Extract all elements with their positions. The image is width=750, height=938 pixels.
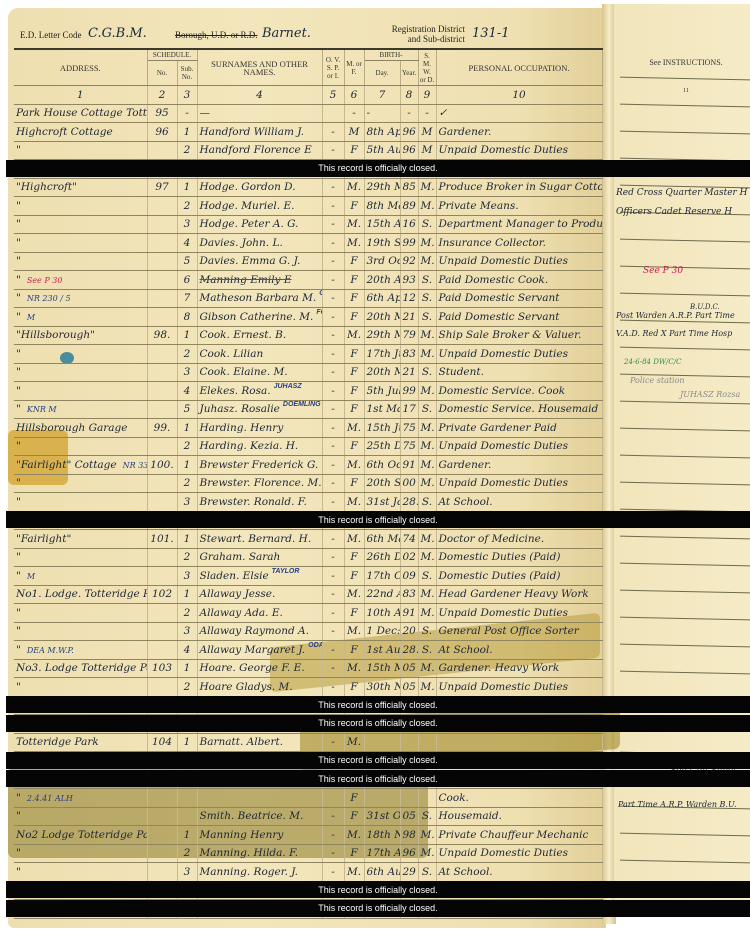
cell-name: Cook. Ernest. B. — [197, 326, 322, 345]
table-row: "2Cook. Lilian-F17th June83M.Unpaid Dome… — [14, 345, 602, 364]
cell-address: " — [14, 622, 147, 641]
cell-o: - — [322, 548, 344, 567]
cell-sex: M. — [344, 493, 364, 512]
closed-record-banner: This record is officially closed. — [6, 900, 750, 917]
cell-address: " — [14, 863, 147, 882]
margin-annotation: NR 230 / 5 — [27, 294, 71, 303]
cell-no: 104 — [147, 733, 177, 752]
cell-address: "NR 230 / 5 — [14, 289, 147, 308]
cell-no — [147, 493, 177, 512]
table-row: "2Hoare Gladys. M.-F30th Nov05M.Unpaid D… — [14, 678, 602, 697]
name-correction: TAYLOR — [272, 568, 300, 575]
cell-day: 22nd Aug — [364, 585, 400, 604]
cell-occupation: At School. — [436, 493, 602, 512]
cell-address: Highcroft Cottage — [14, 123, 147, 142]
cell-name: Gibson Catherine. M.FORD — [197, 308, 322, 327]
cell-year: 75 — [400, 419, 418, 438]
cell-sex: F — [344, 289, 364, 308]
cell-name: Hoare. George F. E. — [197, 659, 322, 678]
column-number: 3 — [177, 86, 197, 105]
cell-o: - — [322, 807, 344, 826]
cell-sex: M. — [344, 622, 364, 641]
cell-day: 1st Aug. — [364, 641, 400, 660]
cell-sub: 5 — [177, 252, 197, 271]
cell-sex: F — [344, 345, 364, 364]
cell-sub: 1 — [177, 123, 197, 142]
cell-sub: 4 — [177, 382, 197, 401]
col-birth-year: Year. — [400, 61, 418, 86]
right-note: V.A.D. Red X Part Time Hosp — [616, 329, 732, 338]
right-note: 24-6-84 DW/C/C — [624, 358, 681, 366]
cell-sub: 2 — [177, 474, 197, 493]
name-correction: DOEMLING — [283, 401, 321, 408]
cell-ms: M. — [418, 585, 436, 604]
cell-address: " — [14, 382, 147, 401]
col-schedule: SCHEDULE. — [147, 49, 197, 61]
cell-day: 30th Nov — [364, 678, 400, 697]
closed-record-banner: This record is officially closed. — [6, 752, 750, 769]
cell-day: 8th May — [364, 197, 400, 216]
cell-year: 91 — [400, 604, 418, 623]
cell-occupation: Head Gardener Heavy Work — [436, 585, 602, 604]
cell-o: - — [322, 733, 344, 752]
cell-year: 09 — [400, 567, 418, 586]
cell-year: 92 — [400, 252, 418, 271]
cell-name: Harding. Kezia. H. — [197, 437, 322, 456]
cell-occupation: Student. — [436, 363, 602, 382]
cell-sex: F — [344, 437, 364, 456]
cell-name — [197, 789, 322, 808]
cell-occupation: Unpaid Domestic Duties — [436, 141, 602, 160]
cell-year — [400, 733, 418, 752]
cell-address: " — [14, 252, 147, 271]
cell-address: No2 Lodge Totteridge Park — [14, 826, 147, 845]
cell-no — [147, 678, 177, 697]
cell-name: Davies. Emma G. J. — [197, 252, 322, 271]
cell-sex: F — [344, 197, 364, 216]
cell-no — [147, 289, 177, 308]
cell-sex: M. — [344, 863, 364, 882]
cell-name: Brewster. Ronald. F. — [197, 493, 322, 512]
cell-ms: S. — [418, 271, 436, 290]
cell-sub: 2 — [177, 345, 197, 364]
cell-ms: M. — [418, 548, 436, 567]
cell-no — [147, 234, 177, 253]
cell-sex: F — [344, 789, 364, 808]
cell-occupation: Unpaid Domestic Duties — [436, 474, 602, 493]
cell-address: " — [14, 678, 147, 697]
cell-o: - — [322, 844, 344, 863]
table-row: "3Manning. Roger. J.-M.6th Aug29S.At Sch… — [14, 863, 602, 882]
cell-sex: M. — [344, 178, 364, 197]
cell-address: " — [14, 234, 147, 253]
cell-year: 98 — [400, 826, 418, 845]
cell-sub: 2 — [177, 604, 197, 623]
cell-sub: 3 — [177, 567, 197, 586]
cell-ms: M. — [418, 345, 436, 364]
cell-day: 6th May — [364, 530, 400, 549]
cell-ms: M. — [418, 474, 436, 493]
cell-no — [147, 807, 177, 826]
cell-sex: F — [344, 807, 364, 826]
cell-address: Totteridge Park — [14, 733, 147, 752]
cell-sub: 4 — [177, 234, 197, 253]
cell-sub — [177, 807, 197, 826]
table-row: "2Hodge. Muriel. E.-F8th May89M.Private … — [14, 197, 602, 216]
cell-year: 20 — [400, 622, 418, 641]
cell-address: " — [14, 807, 147, 826]
col-surnames: SURNAMES AND OTHER NAMES. — [197, 49, 322, 86]
right-note: B.U.D.C. — [690, 303, 720, 311]
col-marital: S. M. W. or D. — [418, 49, 436, 86]
cell-o: - — [322, 178, 344, 197]
margin-annotation: NR 330 ALH 1.4.47 — [123, 461, 147, 470]
name-correction: FORD — [316, 309, 322, 316]
cell-day: 29th Mar — [364, 178, 400, 197]
cell-sub: 3 — [177, 493, 197, 512]
cell-occupation: Unpaid Domestic Duties — [436, 844, 602, 863]
margin-annotation: See P 30 — [27, 276, 63, 285]
cell-o: - — [322, 215, 344, 234]
cell-ms: - — [418, 104, 436, 123]
cell-day: 1 Dec: — [364, 622, 400, 641]
cell-address: " — [14, 548, 147, 567]
column-number: 5 — [322, 86, 344, 105]
cell-address: " — [14, 604, 147, 623]
registration-label-1: Registration District — [385, 24, 465, 34]
cell-no — [147, 345, 177, 364]
cell-o: - — [322, 289, 344, 308]
cell-name: Stewart. Bernard. H. — [197, 530, 322, 549]
cell-occupation: Private Gardener Paid — [436, 419, 602, 438]
cell-sub: 2 — [177, 844, 197, 863]
cell-year: 83 — [400, 345, 418, 364]
cell-day — [364, 733, 400, 752]
cell-address: "KNR M — [14, 400, 147, 419]
table-row: "NR 230 / 57Matheson Barbara M.CLARK McC… — [14, 289, 602, 308]
cell-no: 97 — [147, 178, 177, 197]
column-number: 7 — [364, 86, 400, 105]
right-note: See P 30 — [643, 266, 683, 276]
cell-occupation: Paid Domestic Cook. — [436, 271, 602, 290]
cell-no — [147, 141, 177, 160]
cell-occupation: Paid Domestic Servant — [436, 289, 602, 308]
cell-sub: 4 — [177, 641, 197, 660]
cell-day: 1st May. — [364, 400, 400, 419]
cell-name: Sladen. ElsieTAYLOR — [197, 567, 322, 586]
cell-name: Manning Emily E — [197, 271, 322, 290]
closed-record-banner: This record is officially closed. — [6, 160, 750, 177]
cell-no — [147, 363, 177, 382]
cell-ms: M. — [418, 382, 436, 401]
cell-day: 17th Oct — [364, 567, 400, 586]
cell-occupation: Ship Sale Broker & Valuer. — [436, 326, 602, 345]
cell-occupation: Domestic Service. Cook — [436, 382, 602, 401]
cell-ms: M. — [418, 678, 436, 697]
cell-no: 101. — [147, 530, 177, 549]
cell-sex: F — [344, 604, 364, 623]
cell-day: 8th April — [364, 123, 400, 142]
margin-annotation: M — [27, 313, 35, 322]
cell-no — [147, 437, 177, 456]
cell-sex: M. — [344, 326, 364, 345]
cell-no — [147, 271, 177, 290]
cell-year: 79 — [400, 326, 418, 345]
cell-name: Cook. Elaine. M. — [197, 363, 322, 382]
cell-no — [147, 844, 177, 863]
cell-year: - — [400, 104, 418, 123]
cell-no: 100. — [147, 456, 177, 475]
cell-ms: S. — [418, 641, 436, 660]
cell-o: - — [322, 141, 344, 160]
column-number: 9 — [418, 86, 436, 105]
column-number: 2 — [147, 86, 177, 105]
cell-day: 26th Dec — [364, 548, 400, 567]
cell-no: 103 — [147, 659, 177, 678]
cell-sex: M. — [344, 733, 364, 752]
cell-sex: F — [344, 252, 364, 271]
col-address: ADDRESS. — [14, 49, 147, 86]
cell-address: "M — [14, 567, 147, 586]
table-row: Totteridge Park1041Barnatt. Albert.-M. — [14, 733, 602, 752]
cell-occupation: Private Means. — [436, 197, 602, 216]
cell-sub: 2 — [177, 548, 197, 567]
cell-day — [364, 789, 400, 808]
cell-sex: F — [344, 363, 364, 382]
cell-no — [147, 826, 177, 845]
cell-occupation: Housemaid. — [436, 807, 602, 826]
cell-ms: M — [418, 141, 436, 160]
cell-year: 96 — [400, 123, 418, 142]
cell-name: Allaway Raymond A. — [197, 622, 322, 641]
cell-name: Barnatt. Albert. — [197, 733, 322, 752]
table-row: "2Handford Florence E-F5th Aug96MUnpaid … — [14, 141, 602, 160]
col-sex: M. or F. — [344, 49, 364, 86]
column-number: 1 — [14, 86, 147, 105]
cell-ms: S. — [418, 363, 436, 382]
cell-address: "See P 30 — [14, 271, 147, 290]
cell-sub: - — [177, 104, 197, 123]
closed-record-banner: This record is officially closed. — [6, 511, 750, 528]
cell-occupation: Gardener. — [436, 123, 602, 142]
table-row: "2Allaway Ada. E.-F10th April91M.Unpaid … — [14, 604, 602, 623]
cell-year: 05 — [400, 807, 418, 826]
cell-day: 15th Mar — [364, 659, 400, 678]
cell-ms: S. — [418, 400, 436, 419]
cell-o: - — [322, 641, 344, 660]
cell-year: 28. — [400, 493, 418, 512]
cell-sub: 3 — [177, 215, 197, 234]
margin-annotation: 2.4.41 ALH — [27, 794, 73, 803]
cell-occupation: Unpaid Domestic Duties — [436, 678, 602, 697]
cell-ms: M. — [418, 419, 436, 438]
cell-year: 93 — [400, 271, 418, 290]
cell-occupation: Department Manager to Producer — [436, 215, 602, 234]
cell-name: Hodge. Peter A. G. — [197, 215, 322, 234]
cell-ms: S. — [418, 863, 436, 882]
cell-name: Davies. John. L. — [197, 234, 322, 253]
registration-value: 131-1 — [472, 26, 509, 41]
right-note: Police station — [630, 376, 685, 385]
cell-occupation: Cook. — [436, 789, 602, 808]
cell-address: No3. Lodge Totteridge Park — [14, 659, 147, 678]
table-row: "4Elekes. Rosa.JUHASZ-F5th July99M.Domes… — [14, 382, 602, 401]
table-row: "See P 306Manning Emily E-F20th April93S… — [14, 271, 602, 290]
cell-name: Graham. Sarah — [197, 548, 322, 567]
ed-letter-code-label: E.D. Letter Code — [20, 30, 81, 40]
closed-record-banner: This record is officially closed. — [6, 696, 750, 713]
cell-name: Elekes. Rosa.JUHASZ — [197, 382, 322, 401]
cell-day: 5th Aug — [364, 141, 400, 160]
cell-sex: F — [344, 308, 364, 327]
margin-annotation: M — [27, 572, 35, 581]
cell-o: - — [322, 604, 344, 623]
col-birth-day: Day. — [364, 61, 400, 86]
cell-name: Brewster. Florence. M.CLARKE — [197, 474, 322, 493]
cell-day: 31st Jan. — [364, 493, 400, 512]
cell-no — [147, 548, 177, 567]
cell-occupation: Gardener. Heavy Work — [436, 659, 602, 678]
table-row: "Hillsborough"98.1Cook. Ernest. B.-M.29t… — [14, 326, 602, 345]
table-row: "2Harding. Kezia. H.-F25th Dec75M.Unpaid… — [14, 437, 602, 456]
table-row: "2.4.41 ALHFCook. — [14, 789, 602, 808]
cell-name: Allaway Margaret J.ODAM — [197, 641, 322, 660]
cell-year: 00 — [400, 474, 418, 493]
census-register-scan: E.D. Letter Code C.G.B.M. Borough, U.D. … — [0, 0, 750, 938]
right-note: JUHASZ Rozsa — [680, 390, 740, 399]
table-row: "2Graham. Sarah-F26th Dec02M.Domestic Du… — [14, 548, 602, 567]
cell-no — [147, 567, 177, 586]
cell-sex: F — [344, 844, 364, 863]
cell-year: 28. — [400, 641, 418, 660]
cell-sub: 1 — [177, 326, 197, 345]
cell-no — [147, 789, 177, 808]
cell-year — [400, 789, 418, 808]
cell-sex: M. — [344, 234, 364, 253]
cell-o: - — [322, 437, 344, 456]
cell-sub: 1 — [177, 419, 197, 438]
cell-ms: S. — [418, 215, 436, 234]
cell-ms: M. — [418, 844, 436, 863]
cell-occupation: At School. — [436, 863, 602, 882]
cell-address: No1. Lodge. Totteridge Park — [14, 585, 147, 604]
cell-o: - — [322, 345, 344, 364]
col-instructions: See INSTRUCTIONS. — [626, 58, 746, 67]
cell-address: "DEA M.W.P. — [14, 641, 147, 660]
closed-record-banner: This record is officially closed. — [6, 881, 750, 898]
table-row: "Fairlight"101.1Stewart. Bernard. H.-M.6… — [14, 530, 602, 549]
table-row: Hillsborough Garage99.1Harding. Henry-M.… — [14, 419, 602, 438]
cell-sex: M. — [344, 585, 364, 604]
cell-name: Manning. Hilda. F. — [197, 844, 322, 863]
cell-year: 75 — [400, 437, 418, 456]
col-schedule-no: No. — [147, 61, 177, 86]
table-row: "M3Sladen. ElsieTAYLOR-F17th Oct09S.Dome… — [14, 567, 602, 586]
cell-o: - — [322, 474, 344, 493]
cell-no: 102 — [147, 585, 177, 604]
cell-o: - — [322, 123, 344, 142]
cell-address: " — [14, 363, 147, 382]
cell-day: 6th April — [364, 289, 400, 308]
cell-sub: 1 — [177, 659, 197, 678]
cell-o: - — [322, 585, 344, 604]
cell-ms — [418, 789, 436, 808]
table-row: "3Cook. Elaine. M.-F20th Mar.21S.Student… — [14, 363, 602, 382]
cell-address: "M — [14, 308, 147, 327]
cell-name: Handford William J. — [197, 123, 322, 142]
right-note: Red Cross Quarter Master H — [616, 188, 748, 198]
cell-address: " — [14, 844, 147, 863]
cell-address: " — [14, 141, 147, 160]
cell-sex: M. — [344, 456, 364, 475]
name-correction: ODAM — [308, 642, 322, 649]
cell-occupation: ✓ — [436, 104, 602, 123]
table-row: "3Brewster. Ronald. F.-M.31st Jan.28.S.A… — [14, 493, 602, 512]
cell-occupation: Unpaid Domestic Duties — [436, 604, 602, 623]
cell-name: Manning. Roger. J. — [197, 863, 322, 882]
cell-o — [322, 104, 344, 123]
cell-occupation: Produce Broker in Sugar Cotton Copra Spi… — [436, 178, 602, 197]
cell-sex: F — [344, 567, 364, 586]
cell-sub: 7 — [177, 289, 197, 308]
cell-sub: 1 — [177, 456, 197, 475]
cell-occupation: Unpaid Domestic Duties — [436, 252, 602, 271]
table-row: "Fairlight" CottageNR 330 ALH 1.4.47100.… — [14, 456, 602, 475]
table-row: No1. Lodge. Totteridge Park1021Allaway J… — [14, 585, 602, 604]
cell-year: 17 — [400, 400, 418, 419]
cell-sex: F — [344, 641, 364, 660]
cell-day: 20th Sept. — [364, 474, 400, 493]
closed-record-banner: This record is officially closed. — [6, 770, 750, 787]
cell-sub: 2 — [177, 197, 197, 216]
cell-name: Manning Henry — [197, 826, 322, 845]
cell-sub: 1 — [177, 178, 197, 197]
cell-o: - — [322, 567, 344, 586]
cell-o: - — [322, 659, 344, 678]
cell-ms: M. — [418, 178, 436, 197]
cell-no — [147, 622, 177, 641]
cell-occupation: Domestic Service. Housemaid — [436, 400, 602, 419]
right-note: Part Time A.R.P. Warden B.U. — [618, 800, 737, 809]
right-note: Officers Cadet Reserve H — [616, 207, 732, 217]
cell-sex: M. — [344, 215, 364, 234]
cell-year: 85 — [400, 178, 418, 197]
cell-sub: 2 — [177, 437, 197, 456]
cell-occupation: Domestic Duties (Paid) — [436, 548, 602, 567]
cell-ms: M. — [418, 530, 436, 549]
cell-o: - — [322, 234, 344, 253]
table-row: Park House Cottage Totteridge95-—----✓ — [14, 104, 602, 123]
cell-no: 98. — [147, 326, 177, 345]
cell-sex: F — [344, 678, 364, 697]
cell-ms: S. — [418, 493, 436, 512]
table-row: No2 Lodge Totteridge Park1Manning Henry-… — [14, 826, 602, 845]
table-row: "DEA M.W.P.4Allaway Margaret J.ODAM-F1st… — [14, 641, 602, 660]
cell-day: - — [364, 104, 400, 123]
column-number: 8 — [400, 86, 418, 105]
cell-ms: M. — [418, 604, 436, 623]
cell-name: Smith. Beatrice. M. — [197, 807, 322, 826]
cell-no — [147, 863, 177, 882]
cell-sex: F — [344, 271, 364, 290]
cell-year: 74 — [400, 530, 418, 549]
cell-occupation: Unpaid Domestic Duties — [436, 345, 602, 364]
cell-year: 12 — [400, 289, 418, 308]
cell-sex: M. — [344, 419, 364, 438]
cell-ms: M. — [418, 252, 436, 271]
table-row: "3Hodge. Peter A. G.-M.15th April16S.Dep… — [14, 215, 602, 234]
cell-address: Hillsborough Garage — [14, 419, 147, 438]
